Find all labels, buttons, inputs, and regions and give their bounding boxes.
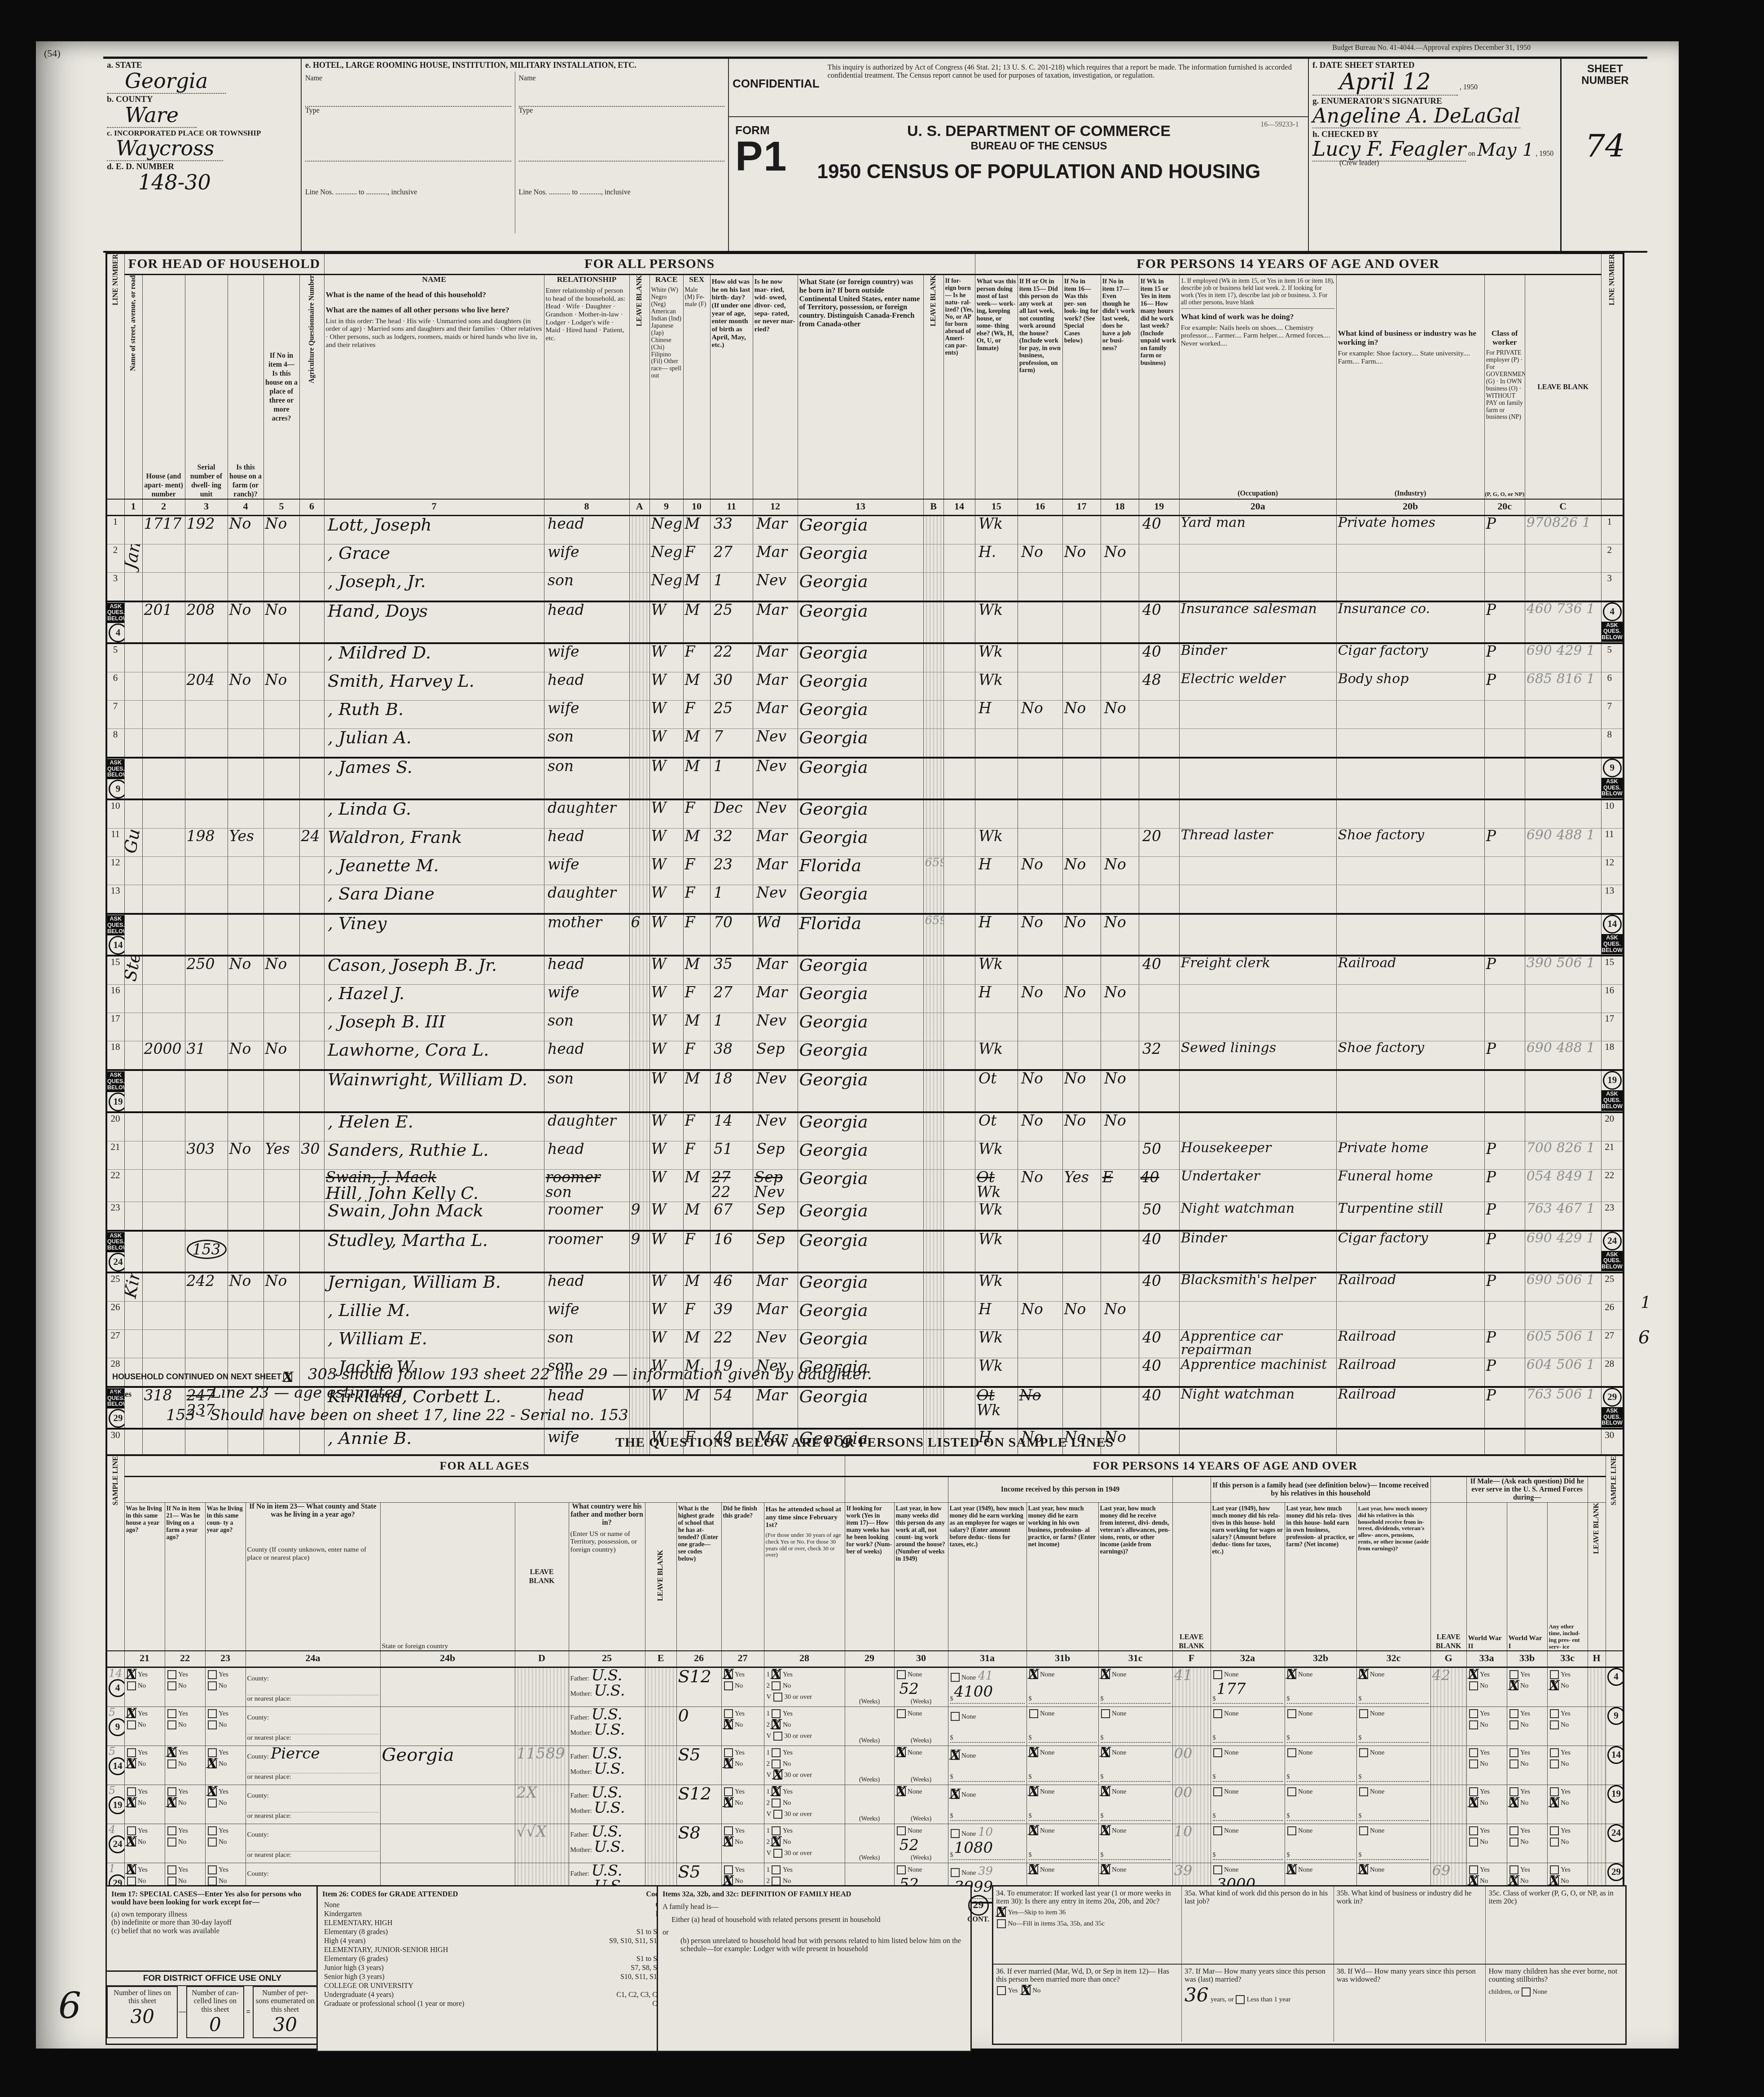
serial-number-cell — [185, 914, 228, 956]
q32c-none-checkbox: X — [1359, 1670, 1368, 1679]
class-of-worker-cell — [1484, 857, 1525, 885]
item15-cell: Wk — [975, 643, 1018, 672]
leave-blank-a-cell — [629, 572, 649, 601]
naturalized-cell — [943, 1272, 975, 1302]
sex-cell: F — [683, 700, 710, 728]
relationship-cell: head — [544, 1041, 629, 1070]
street-cell — [124, 1169, 142, 1202]
line-number-cell: 25 — [106, 1272, 124, 1302]
sex-cell: M — [683, 1329, 710, 1358]
notes-section: HOUSEHOLD CONTINUED ON NEXT SHEET X 303 … — [112, 1365, 1549, 1424]
house-number-cell — [142, 1169, 185, 1202]
q28-cell: 1 Yes 2 X No V 30 or over — [764, 1824, 845, 1863]
house-number-cell: 2000 — [142, 1041, 185, 1070]
leave-blank-b-cell — [923, 601, 943, 643]
item17-cell — [1062, 1202, 1101, 1231]
q33a-cell: X Yes No — [1466, 1667, 1507, 1707]
special-cases-b: (b) indefinite or more than 30-day layof… — [111, 1918, 322, 1926]
form-header: a. STATE Georgia b. COUNTY Ware c. INCOR… — [103, 57, 1647, 253]
sex-cell: F — [683, 799, 710, 829]
col-q22: If No in item 21— Was he living on a far… — [165, 1503, 205, 1651]
q31a-cell: X None $ — [948, 1746, 1027, 1785]
q24a-county-cell: County: or nearest place: — [246, 1785, 380, 1824]
item16-cell — [1018, 758, 1062, 799]
industry-cell: Private home — [1336, 1141, 1484, 1169]
birthplace-cell: Georgia — [798, 1202, 923, 1231]
district-persons-label: Number of per- sons enumerated on this s… — [256, 1988, 315, 2014]
farm-cell — [228, 544, 263, 572]
person-row: 7 , Ruth B. wife W F 25 Mar Georgia — [106, 700, 1624, 728]
item17-cell: No — [1062, 914, 1101, 956]
farm-cell — [228, 643, 263, 672]
relationship-cell: son — [544, 1013, 629, 1041]
name-cell: , Linda G. — [324, 799, 544, 829]
q31c-none-checkbox: X — [1101, 1865, 1110, 1874]
name-cell: Lawhorne, Cora L. — [324, 1041, 544, 1070]
ag-questionnaire-cell — [299, 1070, 324, 1112]
occupation-cell — [1179, 985, 1336, 1013]
item17-cell — [1062, 829, 1101, 857]
hours-cell — [1139, 544, 1179, 572]
race-cell: W — [649, 601, 683, 643]
name-cell: , Helen E. — [324, 1112, 544, 1141]
q22-no-checkbox: X — [167, 1799, 176, 1807]
street-cell — [124, 1141, 142, 1169]
q28-cell: 1 X Yes 2 No V 30 or over — [764, 1785, 845, 1824]
naturalized-cell — [943, 956, 975, 985]
grade-code-row: Senior high (3 years) S10, S11, S12 — [322, 1973, 663, 1982]
q24a-county-cell: County: or nearest place: — [246, 1707, 380, 1746]
ag-questionnaire-cell — [299, 643, 324, 672]
line-number-col-label-right: LINE NUMBER — [1608, 254, 1616, 305]
age-cell: 22 — [710, 643, 753, 672]
col-age: How old was he on his last birth- day? (… — [710, 275, 753, 499]
col-relationship: RELATIONSHIP Enter relationship of perso… — [544, 275, 629, 499]
serial-number-cell — [185, 544, 228, 572]
q32c-cell: None $ — [1356, 1824, 1431, 1863]
district-persons-value: 30 — [273, 2014, 297, 2036]
q28-yes-checkbox — [772, 1865, 781, 1874]
marital-cell: Mar — [753, 643, 798, 672]
q31b-cell: X None $ — [1027, 1667, 1098, 1707]
name-cell: , Ruth B. — [324, 700, 544, 728]
race-cell: W — [649, 1301, 683, 1329]
q25-parents-cell: Father: U.S. Mother: U.S. — [569, 1746, 645, 1785]
q24b-state-cell: Georgia — [380, 1746, 515, 1785]
ag-questionnaire-cell — [299, 956, 324, 985]
confidential-label: CONFIDENTIAL — [729, 59, 824, 116]
birthplace-cell: Georgia — [798, 1329, 923, 1358]
industry-cell — [1336, 914, 1484, 956]
line-number-cell: 2 — [106, 544, 124, 572]
item35a-text: 35a. What kind of work did this person d… — [1185, 1889, 1331, 1906]
q21-yes-checkbox: X — [127, 1865, 136, 1874]
leave-blank-b-cell — [923, 544, 943, 572]
race-cell: W — [649, 1169, 683, 1202]
house-number-cell — [142, 885, 185, 914]
q31c-none-checkbox: X — [1101, 1787, 1110, 1796]
birthplace-cell: Georgia — [798, 1141, 923, 1169]
age-cell: 70 — [710, 914, 753, 956]
person-row: 20 , Helen E. daughter W F 14 Nev Georgi… — [106, 1112, 1624, 1141]
q28-over30-checkbox — [773, 1732, 782, 1741]
acres-cell — [263, 1112, 299, 1141]
sex-cell: M — [683, 1202, 710, 1231]
acres-cell: Yes — [263, 1141, 299, 1169]
q32a-none-checkbox — [1213, 1826, 1222, 1835]
code-cell — [1525, 544, 1601, 572]
q27-cell: Yes X No — [721, 1746, 764, 1785]
district-lines-value: 30 — [130, 2005, 154, 2027]
hours-cell: 40 — [1139, 515, 1179, 544]
margin-mark-1: 1 — [1641, 1294, 1651, 1312]
q32b-none-checkbox — [1287, 1787, 1296, 1796]
line-number-cell: 17 — [106, 1013, 124, 1041]
q33a-cell: Yes No — [1466, 1746, 1507, 1785]
street-cell — [124, 700, 142, 728]
definition-title: Items 32a, 32b, and 32c: DEFINITION OF F… — [663, 1890, 966, 1898]
item15-cell: Wk — [975, 601, 1018, 643]
item17-cell: No — [1062, 1301, 1101, 1329]
q33a-no-checkbox — [1469, 1759, 1478, 1768]
item15-cell: Wk — [975, 956, 1018, 985]
print-code: 16—59233-1 — [1260, 117, 1308, 183]
q31a-none-checkbox — [951, 1829, 960, 1838]
q24a-county-cell: County: or nearest place: — [246, 1824, 380, 1863]
person-row: 26 , Lillie M. wife W F 39 Mar Georgia — [106, 1301, 1624, 1329]
naturalized-cell — [943, 728, 975, 758]
name-cell: , William E. — [324, 1329, 544, 1358]
farm-cell — [228, 1301, 263, 1329]
item18-cell — [1101, 1329, 1139, 1358]
hours-cell — [1139, 572, 1179, 601]
occupation-cell — [1179, 1070, 1336, 1112]
q32c-none-checkbox: X — [1359, 1865, 1368, 1874]
q33b-cell: Yes No — [1507, 1824, 1547, 1863]
naturalized-cell — [943, 1329, 975, 1358]
q21-no-checkbox — [127, 1681, 136, 1690]
house-number-cell — [142, 914, 185, 956]
items-34-38-box: 34. To enumerator: If worked last year (… — [992, 1885, 1627, 2045]
hours-cell: 40 — [1139, 1329, 1179, 1358]
relationship-cell: head — [544, 1141, 629, 1169]
naturalized-cell — [943, 1231, 975, 1272]
line-number-cell: 12 — [106, 857, 124, 885]
q33b-cell: Yes No — [1507, 1707, 1547, 1746]
q26-grade-cell: S5 — [676, 1746, 721, 1785]
item17-cell — [1062, 1141, 1101, 1169]
race-cell: W — [649, 857, 683, 885]
item16-cell: No — [1018, 700, 1062, 728]
item36-yes-checkbox — [997, 1986, 1006, 1995]
special-cases-box: Item 17: SPECIAL CASES—Enter Yes also fo… — [105, 1885, 328, 1979]
col-race: RACE White (W) Negro (Neg) American Indi… — [649, 275, 683, 499]
item16-cell — [1018, 1329, 1062, 1358]
marital-cell: Sep — [753, 1231, 798, 1272]
leave-blank-b-cell — [923, 956, 943, 985]
leave-blank-d-cell — [515, 1707, 569, 1746]
q31a-none-checkbox — [951, 1868, 960, 1877]
line-number-cell: ASK QUES. BELOW24 — [106, 1231, 124, 1272]
person-row: 25 Kirkland St 242 No No Jernigan, Willi… — [106, 1272, 1624, 1302]
department-title: U. S. DEPARTMENT OF COMMERCE — [817, 123, 1261, 140]
item15-cell: H — [975, 914, 1018, 956]
item17-cell — [1062, 1329, 1101, 1358]
occupation-cell — [1179, 885, 1336, 914]
occupation-cell: Blacksmith's helper — [1179, 1272, 1336, 1302]
q26-grade-cell: 0 — [676, 1707, 721, 1746]
q21-cell: Yes X No — [124, 1824, 165, 1863]
sample-section-title: THE QUESTIONS BELOW ARE FOR PERSONS LIST… — [105, 1435, 1624, 1450]
item38-text: 38. If Wd— How many years since this per… — [1337, 1967, 1483, 1984]
birthplace-cell: Georgia — [798, 1169, 923, 1202]
age-cell: 25 — [710, 700, 753, 728]
birthplace-cell: Georgia — [798, 1231, 923, 1272]
leave-blank-f-cell: 10 — [1172, 1824, 1211, 1863]
item17-cell: Yes — [1062, 1169, 1101, 1202]
item16-cell: No — [1018, 857, 1062, 885]
marital-cell: Mar — [753, 672, 798, 700]
q33a-no-checkbox — [1469, 1720, 1478, 1729]
marital-cell: Sep — [753, 1141, 798, 1169]
q27-no-checkbox: X — [724, 1799, 733, 1807]
occupation-cell: Housekeeper — [1179, 1141, 1336, 1169]
q32b-none-checkbox: X — [1287, 1670, 1296, 1679]
industry-cell: Cigar factory — [1336, 1231, 1484, 1272]
farm-cell: No — [228, 672, 263, 700]
ag-questionnaire-cell — [299, 1013, 324, 1041]
q31a-none-checkbox: X — [951, 1751, 960, 1760]
hours-cell — [1139, 914, 1179, 956]
q23-cell: Yes No — [205, 1824, 246, 1863]
q21-cell: Yes X No — [124, 1785, 165, 1824]
hotel-type-label-2: Type — [519, 107, 725, 162]
industry-cell: Private homes — [1336, 515, 1484, 544]
sample-line-col-label: SAMPLE LINE — [112, 1456, 120, 1505]
leave-blank-a-cell — [629, 672, 649, 700]
class-of-worker-cell: P — [1484, 1231, 1525, 1272]
line-number-cell-right: 28 — [1601, 1358, 1624, 1387]
line-number-cell: ASK QUES. BELOW14 — [106, 914, 124, 956]
acres-cell: No — [263, 515, 299, 544]
col-leave-blank-b: LEAVE BLANK — [923, 275, 943, 499]
industry-cell — [1336, 1301, 1484, 1329]
item16-cell: No — [1018, 914, 1062, 956]
q30-weeks-cell: None 52 (Weeks) — [894, 1667, 948, 1707]
q32a-none-checkbox — [1213, 1709, 1222, 1718]
naturalized-cell — [943, 885, 975, 914]
age-cell: 18 — [710, 1070, 753, 1112]
sex-cell: F — [683, 857, 710, 885]
item34-text: 34. To enumerator: If worked last year (… — [996, 1889, 1179, 1906]
acres-cell — [263, 758, 299, 799]
col-item18: If No in item 17— Even though he didn't … — [1101, 275, 1139, 499]
q30-none-checkbox — [897, 1865, 906, 1874]
q29-weeks-cell: (Weeks) — [845, 1707, 894, 1746]
confidential-text: This inquiry is authorized by Act of Con… — [824, 59, 1308, 116]
q23-no-checkbox — [208, 1720, 217, 1729]
col-q31c: Last year, how much money did he receive… — [1098, 1503, 1172, 1651]
sample-line-number: 424 — [106, 1824, 124, 1863]
race-cell: W — [649, 1231, 683, 1272]
section-bands: LINE NUMBER FOR HEAD OF HOUSEHOLD FOR AL… — [106, 253, 1624, 275]
code-cell: 690 429 1 — [1525, 643, 1601, 672]
race-cell: W — [649, 1141, 683, 1169]
q32a-none-checkbox — [1213, 1787, 1222, 1796]
state-value: Georgia — [107, 69, 226, 94]
street-cell — [124, 758, 142, 799]
special-cases-a: (a) own temporary illness — [111, 1910, 322, 1918]
occupation-cell: Apprentice car repairman — [1179, 1329, 1336, 1358]
family-head-definition-box: Items 32a, 32b, and 32c: DEFINITION OF F… — [657, 1885, 972, 2052]
item17-cell: No — [1062, 544, 1101, 572]
hours-cell: 40 — [1139, 1272, 1179, 1302]
age-cell: 35 — [710, 956, 753, 985]
acres-cell — [263, 1202, 299, 1231]
q33b-no-checkbox — [1509, 1720, 1518, 1729]
serial-number-cell: 198 — [185, 829, 228, 857]
farm-cell — [228, 1112, 263, 1141]
item15-cell: Ot — [975, 1070, 1018, 1112]
item15-cell — [975, 572, 1018, 601]
serial-number-cell: 242 — [185, 1272, 228, 1302]
race-cell: W — [649, 956, 683, 985]
naturalized-cell — [943, 1070, 975, 1112]
col-leave-blank-g: LEAVE BLANK — [1431, 1503, 1466, 1651]
q26-grade-cell: S8 — [676, 1824, 721, 1863]
code-cell: 763 467 1 — [1525, 1202, 1601, 1231]
farm-cell — [228, 758, 263, 799]
marital-cell: Mar — [753, 985, 798, 1013]
q32c-none-checkbox — [1359, 1748, 1368, 1757]
marital-cell: Mar — [753, 601, 798, 643]
marital-cell: Mar — [753, 700, 798, 728]
line-number-cell-right: 20 — [1601, 1112, 1624, 1141]
sample-answer-row: 59 X Yes No Yes No Yes No County: — [106, 1707, 1624, 1746]
q22-yes-checkbox — [167, 1865, 176, 1874]
sex-cell: F — [683, 544, 710, 572]
col-item15: What was this person doing most of last … — [975, 275, 1018, 499]
name-cell: , Hazel J. — [324, 985, 544, 1013]
q22-no-checkbox — [167, 1838, 176, 1847]
item16-cell: No — [1018, 1169, 1062, 1202]
special-cases-c: (c) belief that no work was available — [111, 1927, 322, 1935]
q31c-none-checkbox — [1101, 1709, 1110, 1718]
band-all-ages: FOR ALL AGES — [124, 1455, 845, 1477]
q22-yes-checkbox — [167, 1670, 176, 1679]
hours-cell — [1139, 1112, 1179, 1141]
q33a-yes-checkbox — [1469, 1709, 1478, 1718]
street-cell — [124, 1041, 142, 1070]
item36-text: 36. If ever married (Mar, Wd, D, or Sep … — [996, 1967, 1179, 1984]
naturalized-cell — [943, 1041, 975, 1070]
page-corner-label: (54) — [44, 48, 61, 59]
leave-blank-a-cell — [629, 1272, 649, 1302]
race-cell: W — [649, 643, 683, 672]
col-q21: Was he living in this same house a year … — [124, 1503, 165, 1651]
sample-line-number-right: 4 — [1606, 1667, 1624, 1707]
acres-cell — [263, 985, 299, 1013]
item18-cell — [1101, 1141, 1139, 1169]
leave-blank-b-cell — [923, 1141, 943, 1169]
industry-cell: Body shop — [1336, 672, 1484, 700]
relationship-cell: roomer — [544, 1231, 629, 1272]
industry-cell: Shoe factory — [1336, 1041, 1484, 1070]
item18-cell — [1101, 758, 1139, 799]
item37-text: 37. If Mar— How many years since this pe… — [1185, 1967, 1331, 1984]
birthplace-cell: Georgia — [798, 758, 923, 799]
name-cell: , Julian A. — [324, 728, 544, 758]
race-cell: W — [649, 672, 683, 700]
col-q30: Last year, in how many weeks did this pe… — [894, 1503, 948, 1651]
sex-cell: M — [683, 672, 710, 700]
leave-blank-a-cell — [629, 601, 649, 643]
line-number-cell-right: 13 — [1601, 885, 1624, 914]
col-q33c: Any other time, includ- ing pres- ent se… — [1547, 1503, 1588, 1651]
person-row: 2 Jane Eugene St , Grace wife Neg F 27 M… — [106, 544, 1624, 572]
q33c-yes-checkbox — [1550, 1709, 1559, 1718]
leave-blank-a-cell — [629, 728, 649, 758]
leave-blank-a-cell: 6 — [629, 914, 649, 956]
q33c-no-checkbox — [1550, 1838, 1559, 1847]
district-cancelled-label: Number of can- celled lines on this shee… — [192, 1988, 238, 2014]
household-continued-label: HOUSEHOLD CONTINUED ON NEXT SHEET — [112, 1372, 281, 1381]
class-of-worker-cell — [1484, 1301, 1525, 1329]
q28-yes-checkbox — [772, 1748, 781, 1757]
q32a-none-checkbox — [1213, 1865, 1222, 1874]
line-number-cell: 16 — [106, 985, 124, 1013]
col-farm: Is this house on a farm (or ranch)? — [228, 275, 263, 499]
sex-cell: F — [683, 1041, 710, 1070]
q33a-yes-checkbox — [1469, 1826, 1478, 1835]
item18-cell: No — [1101, 857, 1139, 885]
hours-cell: 40 — [1139, 1169, 1179, 1202]
age-cell: 51 — [710, 1141, 753, 1169]
leave-blank-a-cell — [629, 1169, 649, 1202]
serial-number-cell — [185, 1013, 228, 1041]
industry-cell: Insurance co. — [1336, 601, 1484, 643]
item18-cell — [1101, 829, 1139, 857]
age-cell: 30 — [710, 672, 753, 700]
house-number-cell — [142, 857, 185, 885]
class-of-worker-cell — [1484, 572, 1525, 601]
farm-cell — [228, 728, 263, 758]
q28-over30-checkbox — [773, 1849, 782, 1858]
col-q28: Has he attended school at any time since… — [764, 1503, 845, 1651]
leave-blank-a-cell — [629, 515, 649, 544]
birthplace-cell: Georgia — [798, 700, 923, 728]
naturalized-cell — [943, 1202, 975, 1231]
person-row: ASK QUES. BELOW9 , James S. son W M 1 Ne… — [106, 758, 1624, 799]
occupation-cell — [1179, 544, 1336, 572]
industry-cell: Cigar factory — [1336, 643, 1484, 672]
line-number-cell-right: 19ASK QUES. BELOW — [1601, 1070, 1624, 1112]
q33a-yes-checkbox: X — [1469, 1670, 1478, 1679]
q29-weeks-cell: (Weeks) — [845, 1746, 894, 1785]
q33c-cell: Yes X No — [1547, 1785, 1588, 1824]
q32c-cell: X None $ — [1356, 1667, 1431, 1707]
q32a-none-checkbox — [1213, 1670, 1222, 1679]
industry-cell: Railroad — [1336, 956, 1484, 985]
occupation-cell — [1179, 728, 1336, 758]
band-persons-14: FOR PERSONS 14 YEARS OF AGE AND OVER — [975, 253, 1601, 275]
age-cell: 27 — [710, 985, 753, 1013]
class-of-worker-cell — [1484, 700, 1525, 728]
q28-over30-checkbox — [773, 1693, 782, 1702]
line-number-cell-right: 2 — [1601, 544, 1624, 572]
grade-code-row: Graduate or professional school (1 year … — [322, 2000, 663, 2009]
farm-cell — [228, 985, 263, 1013]
